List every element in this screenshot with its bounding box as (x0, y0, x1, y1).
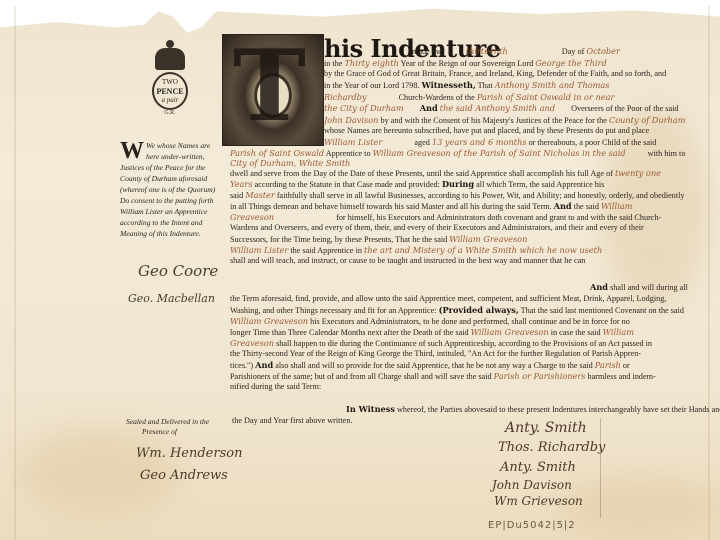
stamp-oval: TWO PENCE a pair (152, 72, 188, 110)
crown-icon (155, 48, 185, 70)
body-p2-line-4: longer Time than Three Calendar Months n… (230, 327, 634, 338)
body-p2-line-7: tices.") And also shall and will so prov… (230, 360, 630, 371)
party-signature: Anty. Smith (505, 420, 587, 436)
header-line-10: City of Durham, White Smith (230, 158, 350, 168)
stamp-text: a pair (154, 96, 186, 105)
party-signature: Thos. Richardby (498, 440, 605, 455)
header-line-1: in the Thirty eighth Year of the Reign o… (324, 58, 607, 69)
body-line-9: shall and will teach, and instruct, or c… (230, 256, 585, 266)
body-p2-line-5: Greaveson shall happen to die during the… (230, 338, 652, 349)
body-line-5: Greaveson for himself, his Executors and… (230, 212, 661, 223)
stamp-text: PENCE (154, 87, 186, 96)
sealed-label: Sealed and Delivered in the (126, 417, 209, 427)
duty-stamp: TWO PENCE a pair G.R. (148, 48, 192, 116)
party-signature: Anty. Smith (500, 460, 576, 475)
body-p2-line-3: William Greaveson his Executors and Admi… (230, 316, 630, 327)
presence-label: Presence of (142, 427, 177, 437)
justice-signature: Geo. Macbellan (128, 292, 215, 305)
stamp-cipher: G.R. (148, 110, 192, 116)
body-line-7: Successors, for the Time being, by these… (230, 234, 527, 245)
party-signature: John Davison (492, 478, 572, 492)
body-line-6: Wardens and Overseers, and every of them… (230, 223, 644, 233)
body-p2-line-0: And shall and will during all (590, 282, 688, 293)
body-line-8: William Lister the said Apprentice in th… (230, 245, 602, 256)
body-p2-line-9: nified during the said Term: (230, 382, 321, 392)
fold-line (708, 6, 710, 540)
justices-consent: WWe whose Names are here under-written, … (120, 140, 225, 239)
body-p2-line-8: Parishioners of the same; but of and fro… (230, 371, 656, 382)
body-line-1: dwell and serve from the Day of the Date… (230, 168, 661, 179)
header-line-4: Richardby Church-Wardens of the Parish o… (324, 92, 614, 103)
witness-clause: In Witness whereof, the Parties abovesai… (346, 404, 720, 415)
justice-signature: Geo Coore (138, 262, 218, 280)
body-p2-line-6: the Thirty-second Year of the Reign of K… (230, 349, 641, 359)
witness-clause-2: the Day and Year first above written. (232, 416, 353, 426)
signature-divider (600, 418, 601, 518)
body-p2-line-2: Washing, and other Things necessary and … (230, 305, 684, 316)
witness-signature: Wm. Henderson (136, 446, 242, 461)
header-line-6: John Davison by and with the Consent of … (324, 115, 685, 126)
body-line-2: Years according to the Statute in that C… (230, 179, 604, 190)
header-line-8: William Lister aged 13 years and 6 month… (324, 137, 656, 148)
header-line-3: in the Year of our Lord 1798. Witnesseth… (324, 80, 610, 91)
decorative-initial-t: T (222, 34, 324, 146)
fold-line (14, 6, 16, 540)
body-p2-line-1: the Term aforesaid, find, provide, and a… (230, 294, 666, 304)
archive-reference: EP|Du5042|5|2 (488, 520, 576, 531)
header-line-2: by the Grace of God of Great Britain, Fr… (324, 69, 666, 79)
witness-signature: Geo Andrews (140, 468, 228, 483)
party-signature: Wm Grieveson (494, 494, 583, 508)
body-line-4: in all Things demean and behave himself … (230, 201, 632, 212)
header-line-0: made the thirteenth Day of October (412, 46, 620, 57)
header-line-5: the City of Durham And the said Anthony … (324, 103, 678, 114)
paper-stain (560, 476, 720, 536)
stamp-text: TWO (154, 78, 186, 87)
header-line-7: whose Names are hereunto subscribed, hav… (324, 126, 649, 136)
body-line-3: said Master faithfully shall serve in al… (230, 190, 684, 201)
